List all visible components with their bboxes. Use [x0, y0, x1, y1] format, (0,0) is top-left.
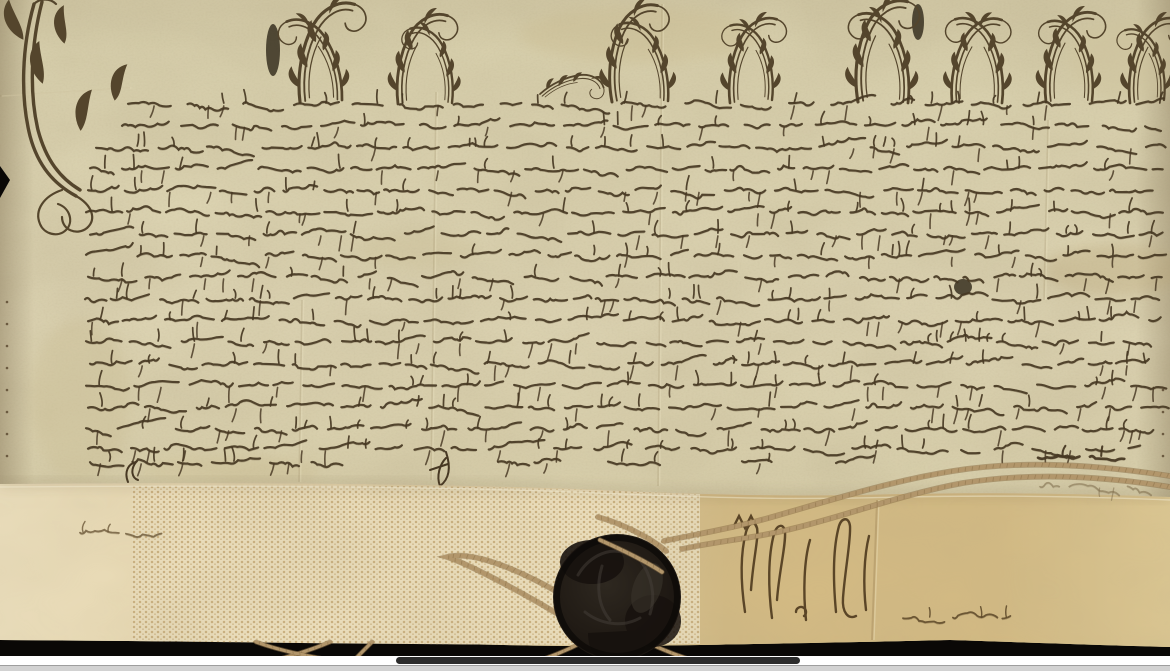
scrollbar-track[interactable]: [0, 656, 1170, 665]
wax-seal: [553, 534, 681, 656]
charter-photograph: Photograph of a medieval parchment chart…: [0, 0, 1170, 656]
screenshot-root: Photograph of a medieval parchment chart…: [0, 0, 1170, 671]
window-bottom-edge: [0, 666, 1170, 671]
charter-art: Photograph of a medieval parchment chart…: [0, 0, 1170, 656]
scrollbar-thumb[interactable]: [396, 657, 800, 664]
